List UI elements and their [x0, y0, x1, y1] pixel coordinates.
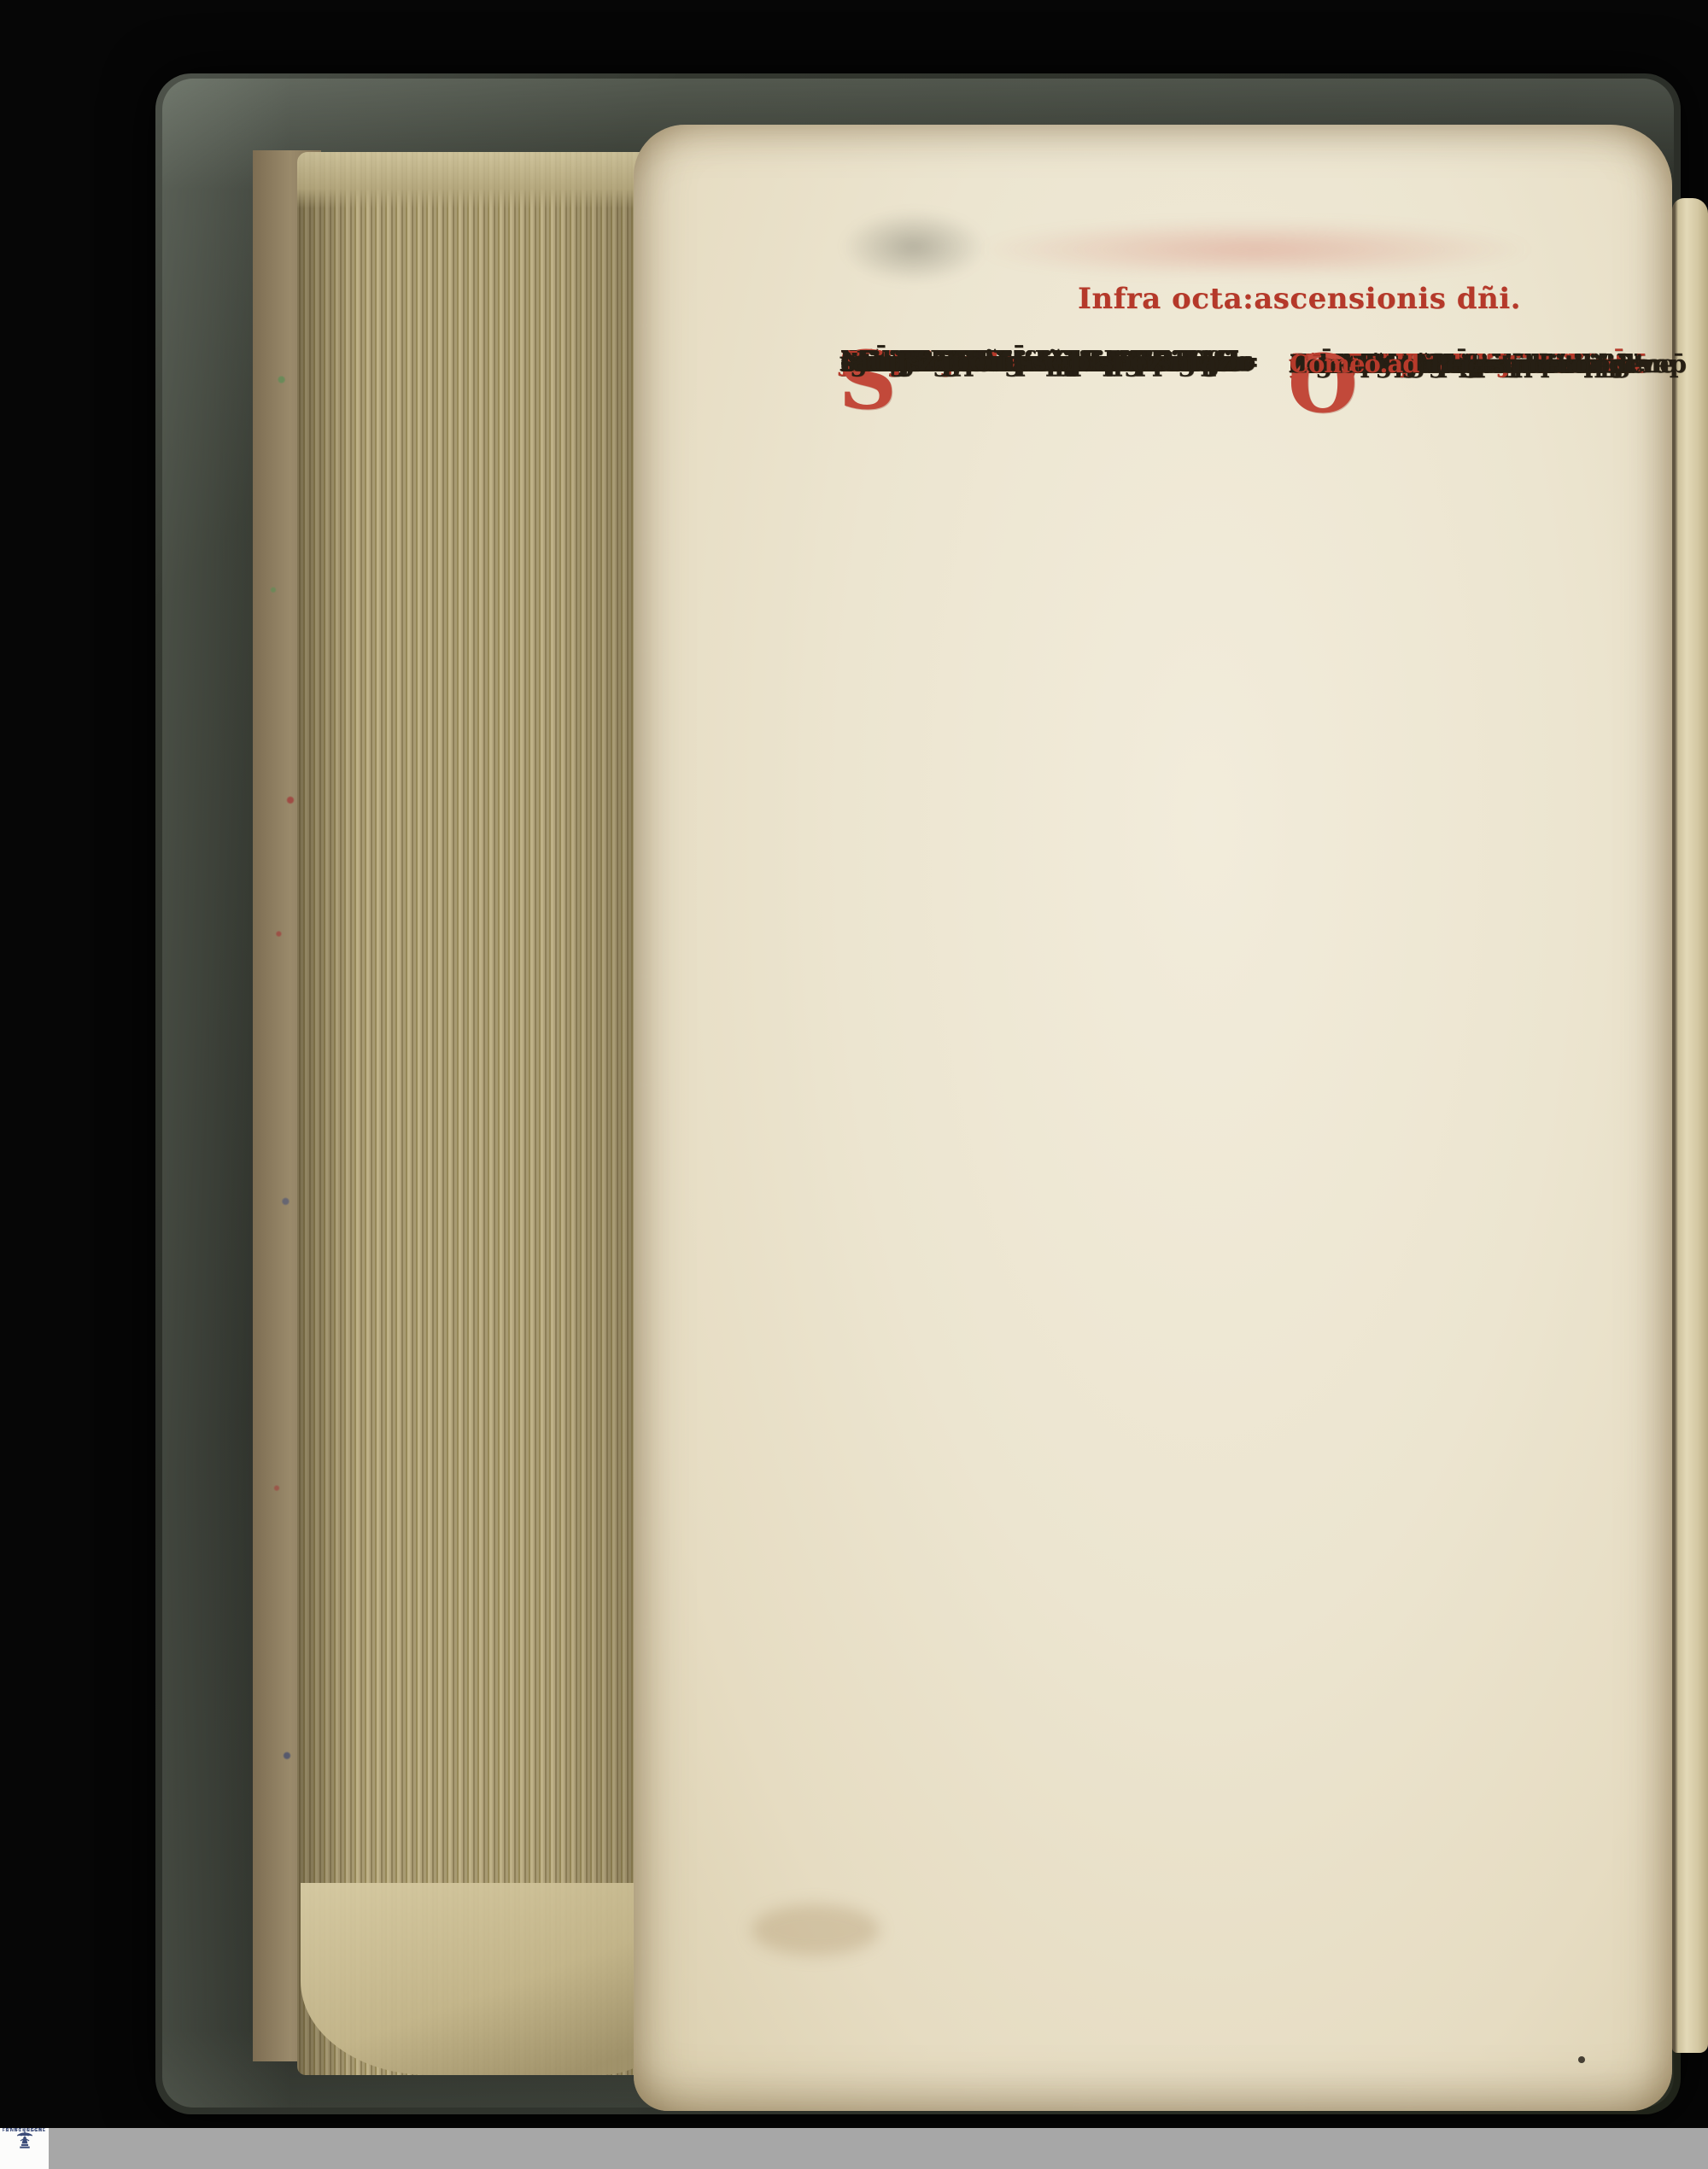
body-text: tauit:z ip̄e in se p spez nfaz [840, 342, 1231, 382]
page-fore-edges [297, 152, 646, 2075]
franckesche-stiftungen-logo: FRANCKESCHE STIFTUNGEN [0, 2128, 49, 2169]
ink-spot [1578, 2056, 1585, 2063]
next-page-edge [1672, 198, 1708, 2053]
ink-showthrough [841, 210, 986, 284]
page-fore-edges-top [297, 152, 646, 208]
book-photograph: Infra octa:ascensionis dñi. Saluator mūd… [0, 0, 1708, 2169]
logo-text-line2: STIFTUNGEN [6, 2128, 44, 2133]
book-page [634, 125, 1672, 2111]
page-heading-rubric: Infra octa:ascensionis dñi. [1078, 282, 1521, 316]
page-fore-edges-fan [301, 1883, 659, 2075]
ink-showthrough [982, 220, 1529, 273]
paper-stain [752, 1904, 880, 1956]
scan-footer-strip [0, 2128, 1708, 2169]
rubric-text: Cōmēo.ad [1290, 345, 1419, 383]
